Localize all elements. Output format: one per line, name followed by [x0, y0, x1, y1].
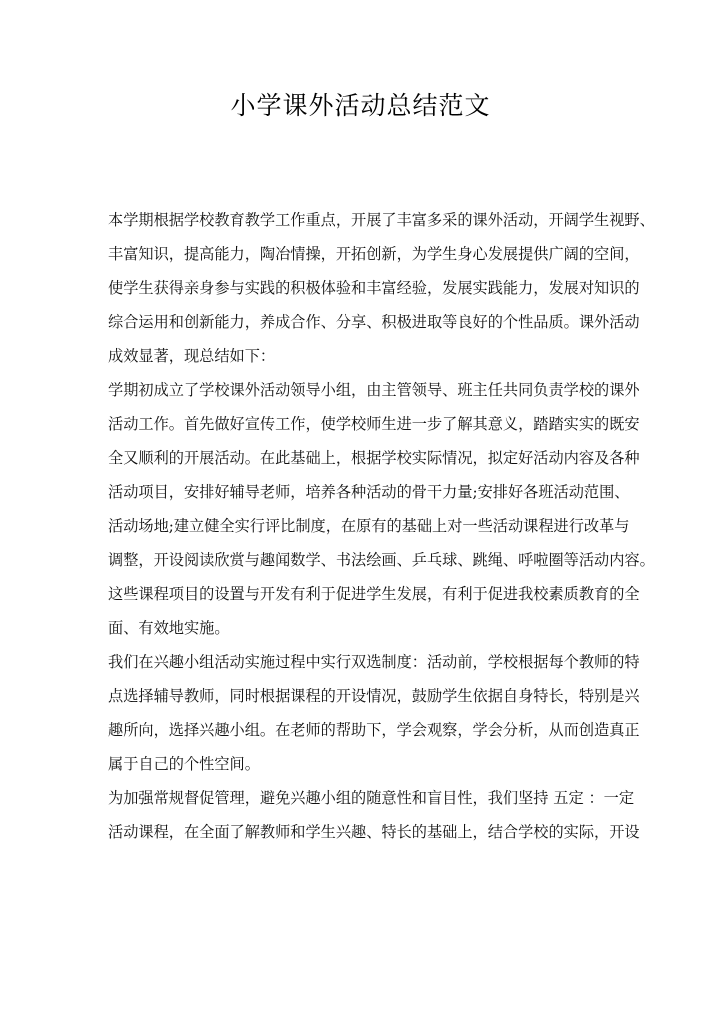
text-line: 面、有效地实施。 — [108, 611, 614, 645]
text-line: 调整，开设阅读欣赏与趣闻数学、书法绘画、乒乓球、跳绳、呼啦圈等活动内容。 — [108, 543, 614, 577]
text-line: 全又顺利的开展活动。在此基础上，根据学校实际情况，拟定好活动内容及各种 — [108, 441, 614, 475]
text-line: 使学生获得亲身参与实践的积极体验和丰富经验，发展实践能力，发展对知识的 — [108, 271, 614, 305]
text-line: 为加强常规督促管理，避免兴趣小组的随意性和盲目性，我们坚持 五定 ：一定 — [108, 781, 614, 815]
text-line: 综合运用和创新能力，养成合作、分享、积极进取等良好的个性品质。课外活动 — [108, 305, 614, 339]
text-line: 属于自己的个性空间。 — [108, 747, 614, 781]
document-page: 小学课外活动总结范文 本学期根据学校教育教学工作重点，开展了丰富多采的课外活动，… — [0, 0, 721, 1020]
text-line: 成效显著，现总结如下： — [108, 339, 614, 373]
text-line: 这些课程项目的设置与开发有利于促进学生发展，有利于促进我校素质教育的全 — [108, 577, 614, 611]
document-title: 小学课外活动总结范文 — [0, 88, 721, 124]
document-body: 本学期根据学校教育教学工作重点，开展了丰富多采的课外活动，开阔学生视野、 丰富知… — [108, 203, 614, 849]
paragraph-dual-selection: 我们在兴趣小组活动实施过程中实行双选制度：活动前，学校根据每个教师的特 点选择辅… — [108, 645, 614, 781]
text-line: 点选择辅导教师，同时根据课程的开设情况，鼓励学生依据自身特长，特别是兴 — [108, 679, 614, 713]
text-line: 趣所向，选择兴趣小组。在老师的帮助下，学会观察，学会分析，从而创造真正 — [108, 713, 614, 747]
text-line: 活动项目，安排好辅导老师，培养各种活动的骨干力量;安排好各班活动范围、 — [108, 475, 614, 509]
text-line: 活动场地;建立健全实行评比制度，在原有的基础上对一些活动课程进行改革与 — [108, 509, 614, 543]
text-line: 我们在兴趣小组活动实施过程中实行双选制度：活动前，学校根据每个教师的特 — [108, 645, 614, 679]
text-line: 本学期根据学校教育教学工作重点，开展了丰富多采的课外活动，开阔学生视野、 — [108, 203, 614, 237]
paragraph-leadership: 学期初成立了学校课外活动领导小组，由主管领导、班主任共同负责学校的课外 活动工作… — [108, 373, 614, 645]
paragraph-management: 为加强常规督促管理，避免兴趣小组的随意性和盲目性，我们坚持 五定 ：一定 活动课… — [108, 781, 614, 849]
text-line: 丰富知识，提高能力，陶冶情操，开拓创新，为学生身心发展提供广阔的空间， — [108, 237, 614, 271]
text-line: 活动课程，在全面了解教师和学生兴趣、特长的基础上，结合学校的实际，开设 — [108, 815, 614, 849]
paragraph-intro: 本学期根据学校教育教学工作重点，开展了丰富多采的课外活动，开阔学生视野、 丰富知… — [108, 203, 614, 373]
text-line: 活动工作。首先做好宣传工作，使学校师生进一步了解其意义，踏踏实实的既安 — [108, 407, 614, 441]
text-line: 学期初成立了学校课外活动领导小组，由主管领导、班主任共同负责学校的课外 — [108, 373, 614, 407]
